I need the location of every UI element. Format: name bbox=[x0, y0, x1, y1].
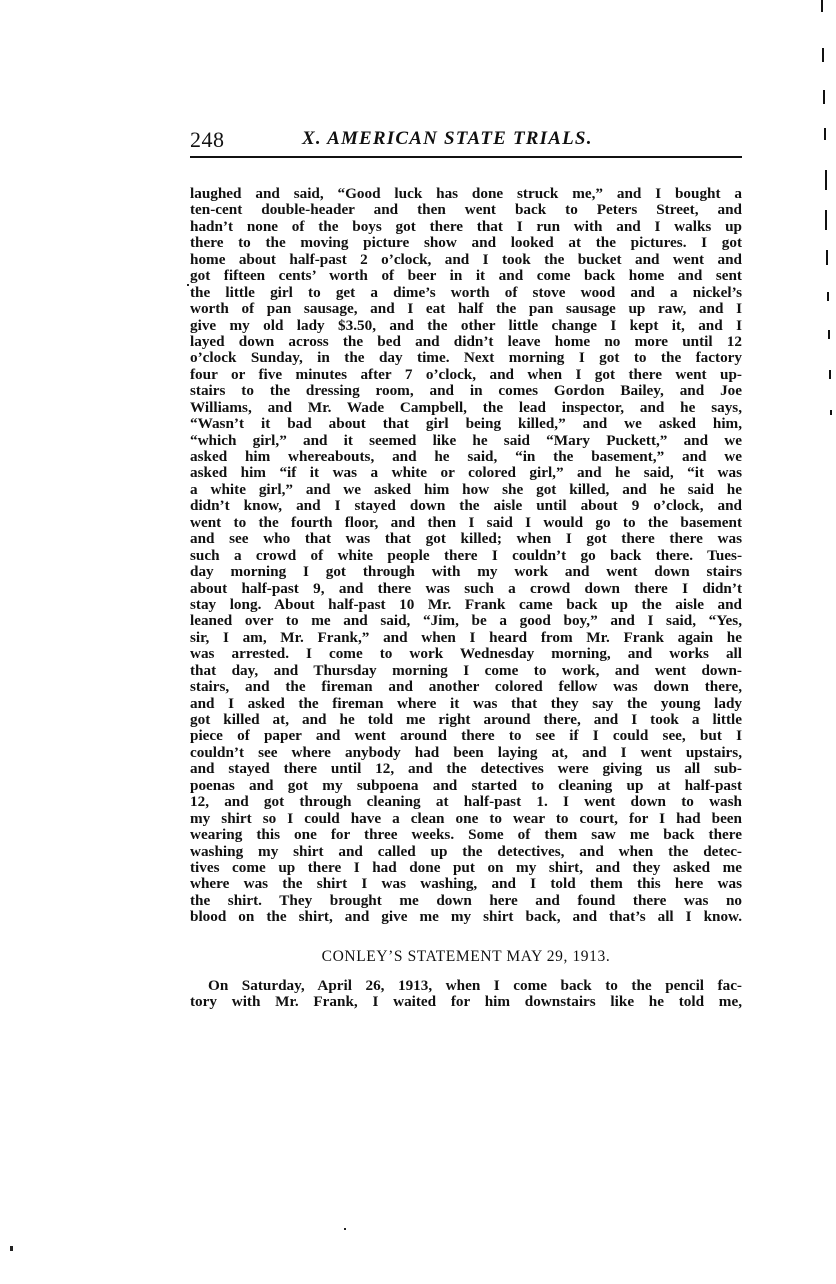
text-line: ten-cent double-header and then went bac… bbox=[190, 202, 742, 218]
text-line: leaned over to me and said, “Jim, be a g… bbox=[190, 613, 742, 629]
text-line: went to the fourth floor, and then I sai… bbox=[190, 515, 742, 531]
scan-margin-mark bbox=[821, 0, 823, 12]
text-line: piece of paper and went around there to … bbox=[190, 728, 742, 744]
text-line: washing my shirt and called up the detec… bbox=[190, 844, 742, 860]
text-line: tory with Mr. Frank, I waited for him do… bbox=[190, 994, 742, 1010]
text-line: that day, and Thursday morning I come to… bbox=[190, 663, 742, 679]
scan-margin-mark bbox=[826, 250, 828, 265]
text-line: a white girl,” and we asked him how she … bbox=[190, 482, 742, 498]
text-line: hadn’t none of the boys got there that I… bbox=[190, 219, 742, 235]
text-line: didn’t know, and I stayed down the aisle… bbox=[190, 498, 742, 514]
scan-margin-mark bbox=[824, 128, 826, 140]
text-line: where was the shirt I was washing, and I… bbox=[190, 876, 742, 892]
scan-speck bbox=[344, 1228, 346, 1230]
page-number: 248 bbox=[190, 127, 225, 153]
text-line: stairs, and the fireman and another colo… bbox=[190, 679, 742, 695]
text-line: asked him “if it was a white or colored … bbox=[190, 465, 742, 481]
text-line: home about half-past 2 o’clock, and I to… bbox=[190, 252, 742, 268]
section-heading: CONLEY’S STATEMENT MAY 29, 1913. bbox=[190, 946, 742, 968]
text-line: 12, and got through cleaning at half-pas… bbox=[190, 794, 742, 810]
scan-margin-mark bbox=[830, 410, 832, 415]
text-line: o’clock Sunday, in the day time. Next mo… bbox=[190, 350, 742, 366]
text-line: sir, I am, Mr. Frank,” and when I heard … bbox=[190, 630, 742, 646]
text-line: “which girl,” and it seemed like he said… bbox=[190, 433, 742, 449]
text-line: there to the moving picture show and loo… bbox=[190, 235, 742, 251]
testimony-paragraph: laughed and said, “Good luck has done st… bbox=[190, 186, 742, 926]
text-line: my shirt so I could have a clean one to … bbox=[190, 811, 742, 827]
running-head: 248 X. AMERICAN STATE TRIALS. bbox=[190, 124, 742, 158]
text-line: such a crowd of white people there I cou… bbox=[190, 548, 742, 564]
statement-paragraph: On Saturday, April 26, 1913, when I come… bbox=[190, 978, 742, 1011]
text-line: layed down across the bed and didn’t lea… bbox=[190, 334, 742, 350]
text-line: On Saturday, April 26, 1913, when I come… bbox=[190, 978, 742, 994]
text-line: tives come up there I had done put on my… bbox=[190, 860, 742, 876]
text-line: worth of pan sausage, and I eat half the… bbox=[190, 301, 742, 317]
text-line: stairs to the dressing room, and in come… bbox=[190, 383, 742, 399]
text-line: was arrested. I come to work Wednesday m… bbox=[190, 646, 742, 662]
text-line: the shirt. They brought me down here and… bbox=[190, 893, 742, 909]
text-line: stay long. About half-past 10 Mr. Frank … bbox=[190, 597, 742, 613]
text-line: asked him whereabouts, and he said, “in … bbox=[190, 449, 742, 465]
book-page: 248 X. AMERICAN STATE TRIALS. laughed an… bbox=[190, 124, 742, 1011]
text-line: “Wasn’t it bad about that girl being kil… bbox=[190, 416, 742, 432]
text-line: the little girl to get a dime’s worth of… bbox=[190, 285, 742, 301]
text-line: Williams, and Mr. Wade Campbell, the lea… bbox=[190, 400, 742, 416]
scan-margin-mark bbox=[823, 90, 825, 104]
text-line: about half-past 9, and there was such a … bbox=[190, 581, 742, 597]
scan-margin-mark bbox=[822, 48, 824, 62]
scan-margin-mark bbox=[825, 170, 827, 190]
text-line: poenas and got my subpoena and started t… bbox=[190, 778, 742, 794]
text-line: day morning I got through with my work a… bbox=[190, 564, 742, 580]
text-line: wearing this one for three weeks. Some o… bbox=[190, 827, 742, 843]
text-line: and I asked the fireman where it was tha… bbox=[190, 696, 742, 712]
text-line: and stayed there until 12, and the detec… bbox=[190, 761, 742, 777]
running-title: X. AMERICAN STATE TRIALS. bbox=[302, 128, 593, 150]
text-line: got fifteen cents’ worth of beer in it a… bbox=[190, 268, 742, 284]
scan-margin-mark bbox=[829, 370, 831, 379]
text-line: couldn’t see where anybody had been layi… bbox=[190, 745, 742, 761]
text-line: got killed at, and he told me right arou… bbox=[190, 712, 742, 728]
text-line: four or five minutes after 7 o’clock, an… bbox=[190, 367, 742, 383]
scan-margin-mark bbox=[825, 210, 827, 230]
scan-margin-mark bbox=[828, 330, 830, 339]
text-line: laughed and said, “Good luck has done st… bbox=[190, 186, 742, 202]
scan-speck bbox=[187, 284, 189, 286]
scan-speck bbox=[10, 1246, 13, 1251]
text-line: and see who that was that got killed; wh… bbox=[190, 531, 742, 547]
scan-margin-mark bbox=[827, 292, 829, 301]
text-line: give my old lady $3.50, and the other li… bbox=[190, 318, 742, 334]
text-line: blood on the shirt, and give me my shirt… bbox=[190, 909, 742, 925]
